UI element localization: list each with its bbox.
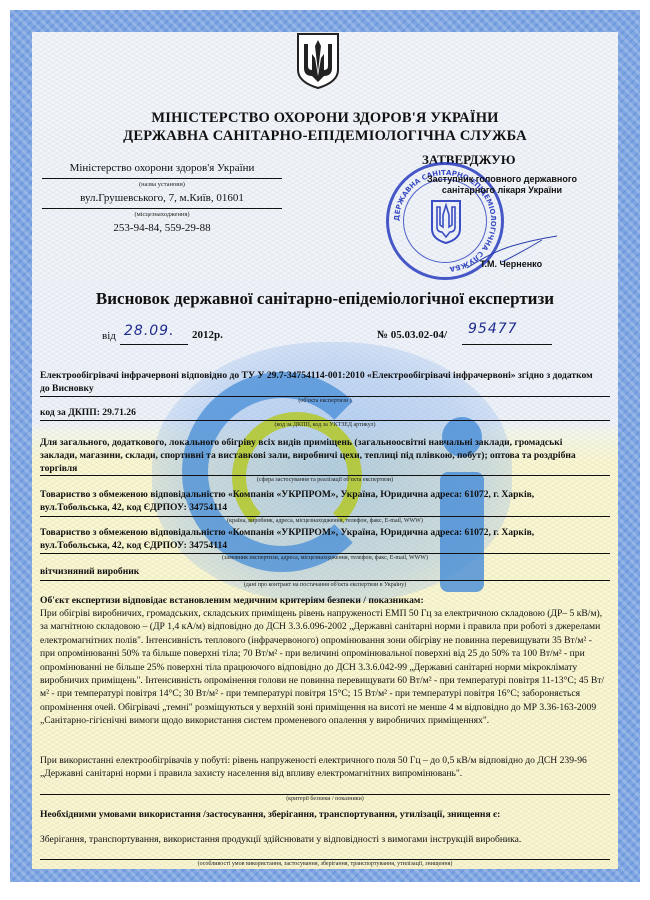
approver-position-line2: санітарного лікаря України [402, 185, 602, 195]
criteria-rule [40, 794, 610, 795]
code-caption: (код за ДКПП, код за УКТЗЕД артикул) [32, 422, 618, 428]
institution-name-caption: (назва установи) [42, 181, 282, 188]
date-prefix: від [102, 330, 116, 343]
ministry-heading: МІНІСТЕРСТВО ОХОРОНИ ЗДОРОВ'Я УКРАЇНИ [32, 110, 618, 127]
conditions-heading: Необхідними умовами використання /застос… [40, 808, 606, 821]
institution-name: Міністерство охорони здоров'я України [42, 162, 282, 174]
certificate-page: МІНІСТЕРСТВО ОХОРОНИ ЗДОРОВ'Я УКРАЇНИ ДЕ… [32, 32, 618, 869]
approver-name: Т.М. Черненко [480, 259, 542, 269]
institution-name-rule [42, 178, 282, 179]
applicant-caption: (замовник експертизи, адреса, місцезнахо… [32, 555, 618, 561]
conditions-rule [40, 859, 610, 860]
contract-rule [40, 580, 610, 581]
contract-caption: (дані про контракт на постачання об'єкта… [32, 582, 618, 588]
stamp-trident-icon [429, 199, 463, 245]
manufacturer-rule [40, 516, 610, 517]
institution-address: вул.Грушевського, 7, м.Київ, 01601 [42, 192, 282, 204]
date-rule [120, 344, 188, 345]
object-caption: (об'єкта експертизи ) [32, 398, 618, 404]
number-handwritten: 95477 [468, 321, 518, 337]
application-scope: Для загального, додаткового, локального … [40, 436, 600, 475]
contract-info: вітчизняний виробник [40, 565, 139, 578]
approver-position-line1: Заступник головного державного [402, 174, 602, 184]
conditions-text: Зберігання, транспортування, використанн… [40, 833, 606, 846]
manufacturer-caption: (країна, виробник, адреса, місцезнаходже… [32, 518, 618, 524]
applicant-info: Товариство з обмеженою відповідальністю … [40, 526, 600, 552]
institution-address-rule [42, 208, 282, 209]
date-year: 2012р. [192, 329, 223, 341]
number-rule [462, 344, 552, 345]
criteria-heading: Об'єкт експертизи відповідає встановлени… [40, 594, 610, 607]
manufacturer-info: Товариство з обмеженою відповідальністю … [40, 488, 600, 514]
criteria-paragraph-household: При використанні електрообігрівачів у по… [40, 754, 606, 781]
institution-phones: 253-94-84, 559-29-88 [42, 222, 282, 234]
institution-address-caption: (місцезнаходження) [42, 211, 282, 218]
dkpp-code: код за ДКПП: 29.71.26 [40, 406, 136, 419]
scope-rule [40, 475, 610, 476]
code-rule [40, 420, 610, 421]
date-handwritten: 28.09. [124, 323, 175, 339]
scope-caption: (сфера застосування та реалізації об'єкт… [32, 477, 618, 483]
criteria-paragraph-industrial: При обігріві виробничих, громадських, ск… [40, 607, 606, 728]
applicant-rule [40, 553, 610, 554]
conditions-caption: (особливості умов використання, застосув… [32, 861, 618, 867]
object-rule [40, 396, 610, 397]
service-heading: ДЕРЖАВНА САНІТАРНО-ЕПІДЕМІОЛОГІЧНА СЛУЖБ… [32, 128, 618, 145]
expertise-object: Електрообігрівачі інфрачервоні відповідн… [40, 369, 600, 395]
criteria-caption: (критерії безпеки / показники) [32, 796, 618, 802]
number-prefix: № 05.03.02-04/ [377, 329, 447, 341]
document-title: Висновок державної санітарно-епідеміолог… [32, 289, 618, 309]
trident-emblem-icon [295, 32, 341, 90]
